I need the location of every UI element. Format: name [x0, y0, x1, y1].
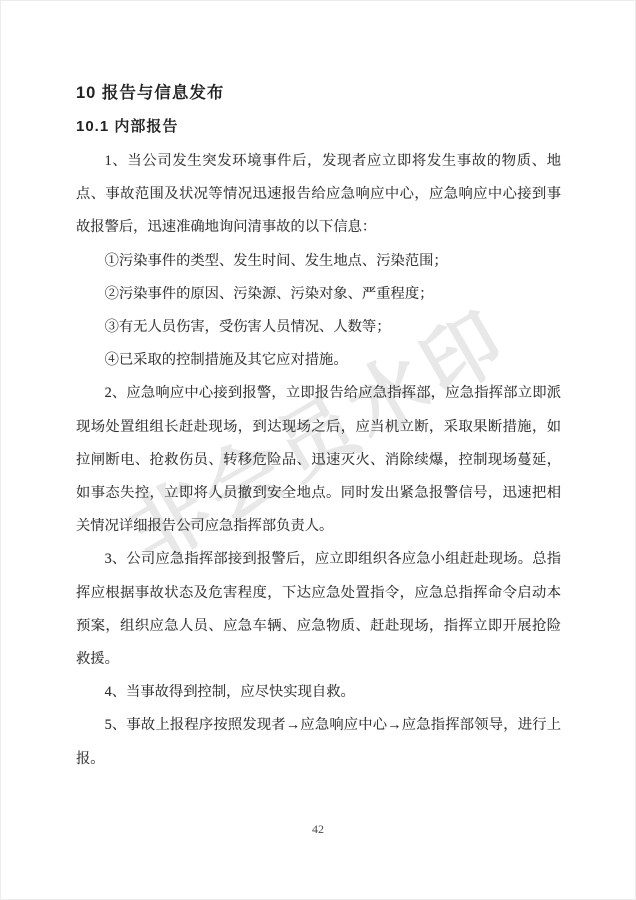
list-item-3: ③有无人员伤害，受伤害人员情况、人数等； — [76, 311, 561, 344]
page-number: 42 — [1, 822, 635, 837]
paragraph-5: 5、事故上报程序按照发现者→应急响应中心→应急指挥部领导，进行上报。 — [76, 709, 561, 775]
paragraph-1: 1、当公司发生突发环境事件后，发现者应立即将发生事故的物质、地点、事故范围及状况… — [76, 145, 561, 245]
paragraph-4: 4、当事故得到控制，应尽快实现自救。 — [76, 676, 561, 709]
list-item-1: ①污染事件的类型、发生时间、发生地点、污染范围； — [76, 245, 561, 278]
body-text: 1、当公司发生突发环境事件后，发现者应立即将发生事故的物质、地点、事故范围及状况… — [76, 145, 561, 776]
paragraph-3: 3、公司应急指挥部接到报警后，应立即组织各应急小组赶赴现场。总指挥应根据事故状态… — [76, 543, 561, 676]
document-page: 非会员水印 10 报告与信息发布 10.1 内部报告 1、当公司发生突发环境事件… — [0, 0, 636, 900]
page-content: 10 报告与信息发布 10.1 内部报告 1、当公司发生突发环境事件后，发现者应… — [76, 77, 561, 776]
paragraph-2: 2、应急响应中心接到报警，立即报告给应急指挥部，应急指挥部立即派现场处置组组长赶… — [76, 377, 561, 543]
subsection-heading: 10.1 内部报告 — [76, 110, 561, 143]
section-heading: 10 报告与信息发布 — [76, 77, 561, 110]
list-item-4: ④已采取的控制措施及其它应对措施。 — [76, 344, 561, 377]
list-item-2: ②污染事件的原因、污染源、污染对象、严重程度； — [76, 278, 561, 311]
